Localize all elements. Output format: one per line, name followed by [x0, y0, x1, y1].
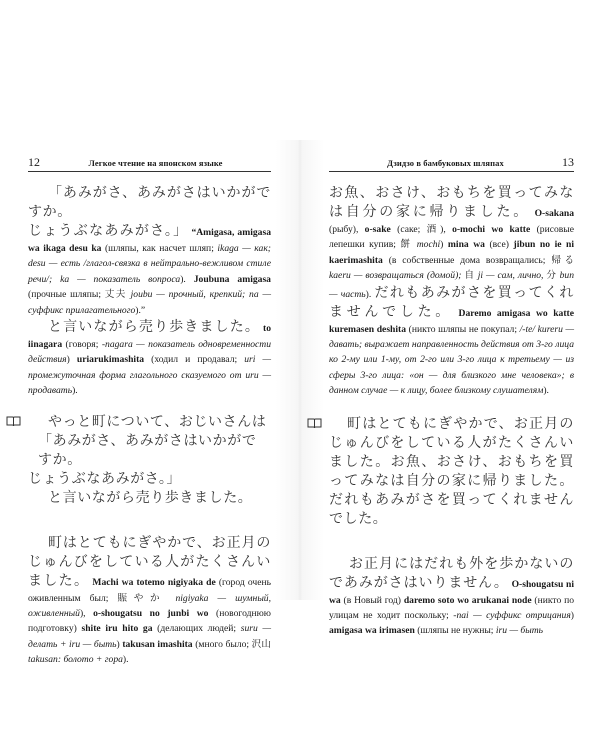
- translation: ): [571, 610, 574, 621]
- translation: (рыбу),: [329, 224, 365, 235]
- paragraph-1: お魚、おさけ、おもちを買ってみなは自分の家に帰りました。 O-sakana (р…: [329, 184, 574, 399]
- gloss: iru — быть: [496, 625, 543, 636]
- gloss: kaeru — возвращаться (домой);: [329, 270, 464, 281]
- translation: (в Новый год): [341, 595, 404, 606]
- translation: (делающих людей;: [153, 623, 241, 634]
- paragraph-3: 町はとてもにぎやかで、お正月のじゅんびをしている人がたくさんいました。 Mach…: [28, 534, 271, 668]
- translation: (никто шляпы не покупал;: [406, 324, 520, 335]
- romaji: takusan imashita: [122, 639, 192, 650]
- translation: ).: [72, 385, 78, 396]
- translation: ).: [180, 274, 194, 285]
- translation: ): [440, 239, 448, 250]
- gloss: ji — сам, лично,: [478, 270, 547, 281]
- page-number-right: 13: [562, 155, 574, 170]
- translation: ).: [543, 385, 549, 396]
- book-gutter: [276, 140, 324, 600]
- book-icon: [307, 418, 322, 429]
- translation: (ходил и продавал;: [144, 354, 244, 365]
- translation: (говоря;: [62, 339, 102, 350]
- book-icon: [6, 416, 21, 427]
- romaji: Joubuna amigasa: [194, 274, 271, 285]
- translation: ).: [123, 654, 129, 665]
- japanese-text: 「あみがさ、あみがさはいかがですか。: [28, 184, 271, 222]
- translation: (в собственные дома возвращались; 帰る: [383, 255, 574, 266]
- page-number-left: 12: [28, 155, 40, 170]
- translation: (много было; 沢山: [193, 639, 271, 650]
- romaji: o-shougatsu no junbi wo: [93, 608, 208, 619]
- reading-line: 「あみがさ、あみがさはいかがですか。: [28, 432, 271, 470]
- gloss: takusan: болото + гора: [28, 654, 123, 665]
- translation: 分: [546, 270, 559, 281]
- japanese-text: じょうぶなあみがさ。」: [28, 223, 188, 239]
- right-page: Дзидзо в бамбуковых шляпах 13 お魚、おさけ、おもち…: [329, 155, 574, 639]
- translation: (шляпы, как насчет шляп;: [101, 243, 217, 254]
- romaji: o-mochi wo katte: [452, 224, 530, 235]
- romaji: shite iru hito ga: [81, 623, 152, 634]
- translation: ): [67, 354, 77, 365]
- gloss: -nai — суффикс отрицания: [453, 610, 571, 621]
- translation: (все): [485, 239, 514, 250]
- gloss: mochi: [417, 239, 440, 250]
- reading-line: と言いながら売り歩きました。: [28, 489, 271, 508]
- paragraph-2: と言いながら売り歩きました。 to iinagara (говоря; -nag…: [28, 318, 271, 399]
- paragraph-1: 「あみがさ、あみがさはいかがですか。じょうぶなあみがさ。」 “Amigasa, …: [28, 184, 271, 318]
- romaji: Machi wa totemo nigiyaka de: [92, 577, 215, 588]
- reading-block: やっと町について、おじいさんは 「あみがさ、あみがさはいかがですか。 じょうぶな…: [28, 413, 271, 508]
- translation: (прочные шляпы; 丈夫: [28, 289, 131, 300]
- running-head-title-right: Дзидзо в бамбуковых шляпах: [329, 158, 562, 168]
- translation: ).”: [135, 305, 145, 316]
- paragraph-3: お正月にはだれも外を歩かないのであみがさはいりません。 O-shougatsu …: [329, 555, 574, 639]
- translation: (саке; 酒),: [391, 224, 452, 235]
- reading-text: 町はとてもにぎやかで、お正月のじゅんびをしている人がたくさんいました。お魚、おさ…: [329, 415, 574, 529]
- reading-block: 町はとてもにぎやかで、お正月のじゅんびをしている人がたくさんいました。お魚、おさ…: [329, 415, 574, 529]
- translation: 自: [464, 270, 477, 281]
- romaji: mina wa: [448, 239, 485, 250]
- translation: ),: [80, 608, 93, 619]
- running-head-title-left: Легкое чтение на японском языке: [40, 158, 271, 168]
- romaji: o-sake: [365, 224, 391, 235]
- right-running-head: Дзидзо в бамбуковых шляпах 13: [329, 155, 574, 172]
- left-page: 12 Легкое чтение на японском языке 「あみがさ…: [28, 155, 271, 668]
- romaji: uriarukimashita: [77, 354, 144, 365]
- japanese-text: と言いながら売り歩きました。: [28, 319, 260, 335]
- reading-line: じょうぶなあみがさ。」: [28, 470, 271, 489]
- left-running-head: 12 Легкое чтение на японском языке: [28, 155, 271, 172]
- romaji: O-sakana: [535, 208, 574, 219]
- translation: (шляпы не нужны;: [415, 625, 496, 636]
- romaji: amigasa wa irimasen: [329, 625, 415, 636]
- romaji: daremo soto wo arukanai node: [404, 595, 532, 606]
- reading-line: やっと町について、おじいさんは: [28, 413, 271, 432]
